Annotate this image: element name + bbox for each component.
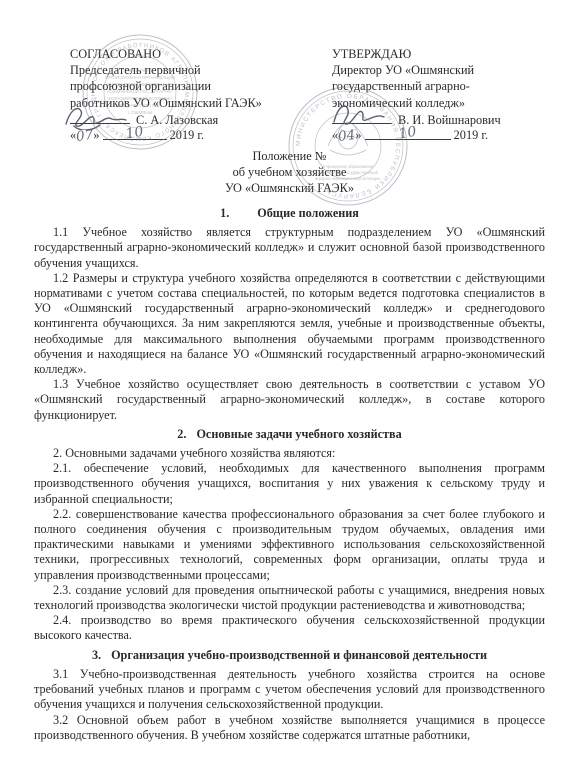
approval-right-date: «04» 10 2019 г. — [332, 127, 557, 143]
approval-left-line: Председатель первичной — [70, 62, 320, 78]
approval-right-block: УТВЕРЖДАЮ Директор УО «Ошмянский государ… — [332, 46, 557, 143]
approval-right-line: Директор УО «Ошмянский — [332, 62, 557, 78]
signature-line — [70, 111, 130, 124]
approval-left-line: профсоюзной организации — [70, 78, 320, 94]
approval-right-line: государственный аграрно- — [332, 78, 557, 94]
approval-right-line: экономический колледж» — [332, 95, 557, 111]
date-year: 2019 г. — [170, 128, 204, 142]
handwritten-day: 07 — [75, 127, 94, 145]
paragraph-1-2: 1.2 Размеры и структура учебного хозяйст… — [34, 271, 545, 377]
paragraph-2-intro: 2. Основными задачами учебного хозяйства… — [34, 446, 545, 461]
paragraph-2-1: 2.1. обеспечение условий, необходимых дл… — [34, 461, 545, 507]
quote-close: » — [93, 128, 99, 142]
paragraph-2-2: 2.2. совершенствование качества професси… — [34, 507, 545, 583]
signer-name: С. А. Лазовская — [136, 113, 218, 127]
document-title: Положение № об учебном хозяйстве УО «Ошм… — [34, 148, 545, 196]
date-year: 2019 г. — [454, 128, 488, 142]
handwritten-month: 10 — [124, 124, 144, 143]
paragraph-3-1: 3.1 Учебно-производственная деятельность… — [34, 667, 545, 713]
section-heading-2: 2.Основные задачи учебного хозяйства — [34, 427, 545, 442]
approval-left-line: работников УО «Ошмянский ГАЭК» — [70, 95, 320, 111]
paragraph-3-2: 3.2 Основной объем работ в учебном хозяй… — [34, 713, 545, 743]
signature-line — [332, 111, 392, 124]
paragraph-1-1: 1.1 Учебное хозяйство является структурн… — [34, 225, 545, 271]
approval-left-signature-row: С. А. Лазовская — [70, 111, 320, 127]
paragraph-1-3: 1.3 Учебное хозяйство осуществляет свою … — [34, 377, 545, 423]
approval-left-date: «07» 10 2019 г. — [70, 127, 320, 143]
handwritten-day: 04 — [337, 127, 356, 145]
approval-left-block: СОГЛАСОВАНО Председатель первичной профс… — [70, 46, 320, 143]
handwritten-month: 10 — [397, 124, 417, 143]
paragraph-2-3: 2.3. создание условий для проведения опы… — [34, 583, 545, 613]
section-heading-1: 1.Общие положения — [34, 206, 545, 221]
document-title-line1: Положение № — [34, 148, 545, 164]
document-title-line2: об учебном хозяйстве — [34, 164, 545, 180]
paragraph-2-4: 2.4. производство во время практического… — [34, 613, 545, 643]
quote-close: » — [355, 128, 361, 142]
date-underline: 10 — [103, 127, 167, 140]
document-title-line3: УО «Ошмянский ГАЭК» — [34, 180, 545, 196]
section-heading-3: 3.Организация учебно-производственной и … — [34, 648, 545, 663]
approval-left-title: СОГЛАСОВАНО — [70, 46, 320, 62]
document-page: СОГЛАСОВАНО Председатель первичной профс… — [0, 0, 578, 768]
approval-right-title: УТВЕРЖДАЮ — [332, 46, 557, 62]
document-body: 1.Общие положения 1.1 Учебное хозяйство … — [34, 206, 545, 743]
date-underline: 10 — [365, 127, 451, 140]
approval-right-signature-row: В. И. Войшнарович — [332, 111, 557, 127]
